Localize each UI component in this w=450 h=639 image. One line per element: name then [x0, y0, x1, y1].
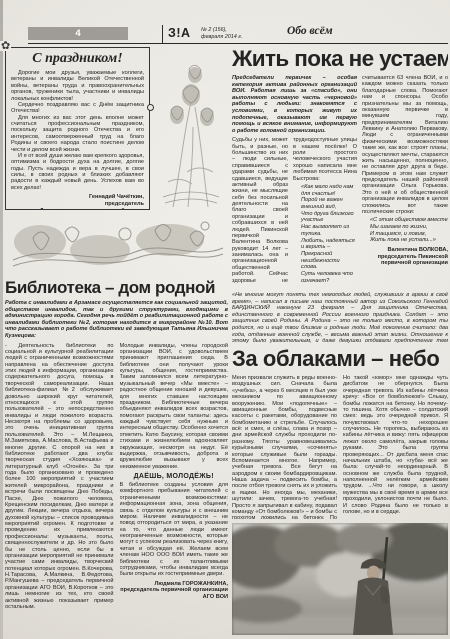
- library-column-2-text: Молодые инвалиды, члены городской органи…: [120, 343, 229, 471]
- zhit-column-2: труднодоступные улицы в нашем посёлке! О…: [293, 137, 357, 285]
- holiday-sketch-illustration: [5, 212, 228, 276]
- library-column-2: Молодые инвалиды, члены городской органи…: [120, 343, 229, 635]
- zhit-poem-2: «С этим обществом вместе Мы шагаем по жи…: [370, 217, 448, 244]
- library-columns: - Деятельность библиотеки по социальной …: [5, 343, 228, 635]
- oblaka-article: «Не многие могут понять тех немолодых лю…: [232, 292, 448, 637]
- library-signature: Людмила ГОРОЖАНКИНА, председатель первич…: [120, 581, 229, 601]
- zhit-signature: Валентина ВОЛКОВА, председатель Пикинско…: [362, 247, 448, 267]
- zhit-title: Жить пока не устаем: [232, 46, 448, 72]
- soldier-photo: [232, 523, 448, 635]
- header-rule: [28, 43, 448, 44]
- zhit-lead: Председатели первичек – особая категория…: [232, 75, 357, 134]
- greeting-body: Дорогие мои друзья, уважаемые коллеги, в…: [11, 70, 144, 191]
- page-number-box: 4: [28, 27, 128, 40]
- library-article: Библиотека – дом родной Работа с инвалид…: [5, 278, 228, 635]
- oblaka-column-right: Но такой «юмор» мне однажды чуть дисбато…: [343, 375, 448, 519]
- issue-info: № 2 (156), февраля 2014 г.: [201, 27, 242, 41]
- header-divider: [162, 25, 163, 43]
- zhit-article: Жить пока не устаем Председатели первиче…: [232, 46, 448, 288]
- masthead-logo: З!А: [168, 26, 191, 40]
- soldier-with-rifle-icon: [232, 523, 448, 635]
- zhit-poem-1: «Как мало надо нам для счастья! Порой не…: [301, 184, 357, 285]
- oblaka-title: За облаками – небо: [232, 346, 448, 372]
- greeting-paragraph: Для многих из вас этот день вполне может…: [11, 115, 144, 153]
- library-lead: Работа с инвалидами в Арзамасе осуществл…: [5, 300, 228, 340]
- oblaka-intro: «Не многие могут понять тех немолодых лю…: [232, 292, 448, 344]
- zhit-column-2-text: труднодоступные улицы в нашем посёлке! О…: [293, 137, 357, 182]
- library-title: Библиотека – дом родной: [5, 278, 228, 298]
- ribbon-and-flowers-icon: [5, 212, 228, 276]
- zhit-column-1: Судьбы у них, может быть, и разные, но б…: [232, 137, 288, 285]
- library-subhead: ДАЁШЬ, МОЛОДЁЖЬ!: [120, 473, 229, 480]
- greeting-paragraph: Сердечно поздравляю вас с Днём защитника…: [11, 102, 144, 115]
- circle-ornament-icon: [147, 104, 154, 111]
- flower-sketch-illustration: [153, 47, 228, 210]
- greeting-paragraph: И я от всей души желаю вам крепкого здор…: [11, 153, 144, 191]
- issue-number: № 2 (156),: [201, 27, 242, 34]
- zhit-column-3: считывается 63 члена ВОИ, и о каждом мож…: [362, 75, 448, 285]
- oblaka-column-left: Меня призвали служить в ряды военно-возд…: [232, 375, 337, 519]
- library-column-2-text: В библиотеке созданы условия для комфорт…: [120, 482, 229, 578]
- library-column-1: - Деятельность библиотеки по социальной …: [5, 343, 114, 635]
- greeting-signature: Геннадий Чачёткин, председатель Дальнеко…: [11, 194, 144, 210]
- section-title: Обо всём: [287, 25, 333, 37]
- greeting-paragraph: Дорогие мои друзья, уважаемые коллеги, в…: [11, 70, 144, 102]
- zhit-columns: Председатели первичек – особая категория…: [232, 75, 448, 285]
- greeting-title: С праздником!: [11, 51, 144, 67]
- oblaka-columns: Меня призвали служить в ряды военно-возд…: [232, 375, 448, 519]
- newspaper-page: 4 З!А № 2 (156), февраля 2014 г. Обо всё…: [0, 0, 450, 639]
- zhit-column-3-text: считывается 63 члена ВОИ, и о каждом мож…: [362, 75, 448, 215]
- flower-ornament-icon: ✿: [0, 41, 11, 51]
- page-number: 4: [75, 28, 80, 39]
- flowers-icon: [153, 47, 228, 210]
- issue-date: февраля 2014 г.: [201, 34, 242, 41]
- greeting-article: С праздником! Дорогие мои друзья, уважае…: [5, 47, 150, 210]
